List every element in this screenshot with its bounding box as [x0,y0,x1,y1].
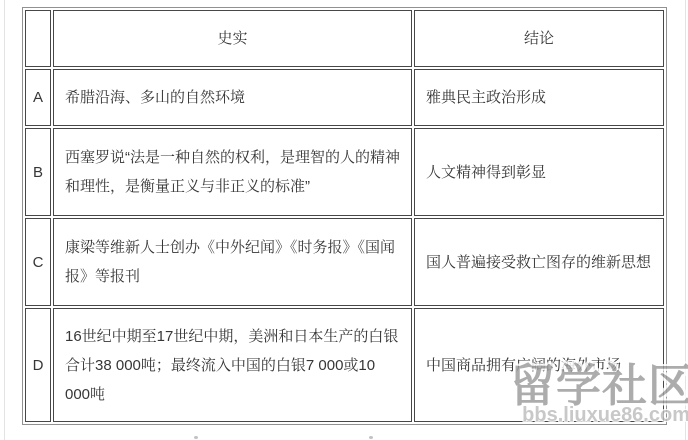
option-letter-a: A [25,69,51,126]
conclusion-cell-d: 中国商品拥有广阔的海外市场 [414,308,664,422]
table-row-a: A 希腊沿海、多山的自然环境 雅典民主政治形成 [25,69,664,126]
table-row-b: B 西塞罗说“法是一种自然的权利，是理智的人的精神和理性，是衡量正义与非正义的标… [25,128,664,216]
header-conclusion-cell: 结论 [414,10,664,67]
fact-cell-a: 希腊沿海、多山的自然环境 [53,69,412,126]
header-corner-cell [25,10,51,67]
page-edge-line-left [4,0,5,440]
fact-cell-d: 16世纪中期至17世纪中期，美洲和日本生产的白银合计38 000吨；最终流入中国… [53,308,412,422]
header-fact-cell: 史实 [53,10,412,67]
artifact-dot [369,436,373,439]
table-row-d: D 16世纪中期至17世纪中期，美洲和日本生产的白银合计38 000吨；最终流入… [25,308,664,422]
page-edge-line-right [685,0,686,440]
conclusion-cell-a: 雅典民主政治形成 [414,69,664,126]
conclusion-cell-b: 人文精神得到彰显 [414,128,664,216]
exam-options-table: 史实 结论 A 希腊沿海、多山的自然环境 雅典民主政治形成 B 西塞罗说“法是一… [22,7,667,425]
fact-cell-c: 康梁等维新人士创办《中外纪闻》《时务报》《国闻报》等报刊 [53,218,412,306]
fact-cell-b: 西塞罗说“法是一种自然的权利，是理智的人的精神和理性，是衡量正义与非正义的标准” [53,128,412,216]
option-letter-c: C [25,218,51,306]
conclusion-cell-c: 国人普遍接受救亡图存的维新思想 [414,218,664,306]
table-row-c: C 康梁等维新人士创办《中外纪闻》《时务报》《国闻报》等报刊 国人普遍接受救亡图… [25,218,664,306]
option-letter-d: D [25,308,51,422]
header-row: 史实 结论 [25,10,664,67]
option-letter-b: B [25,128,51,216]
artifact-dot [194,436,198,439]
